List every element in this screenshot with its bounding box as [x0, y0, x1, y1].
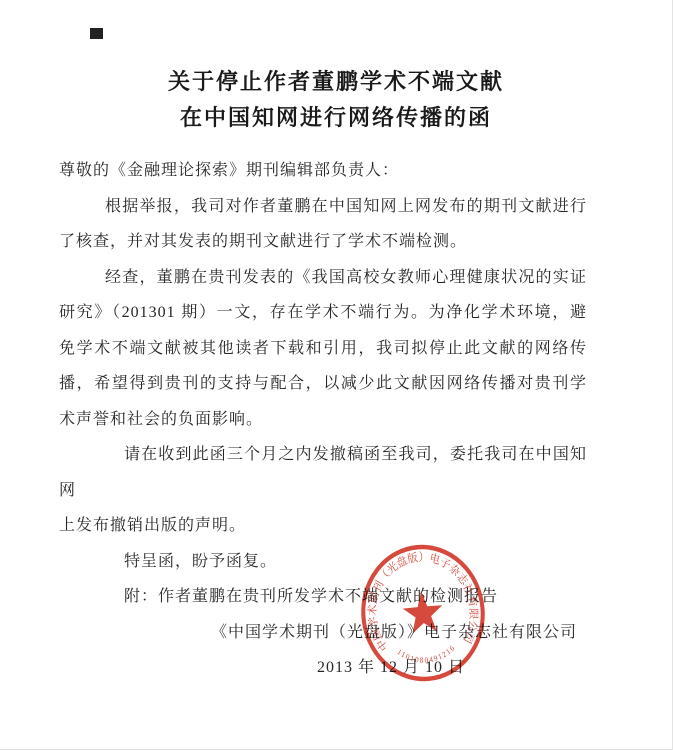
- body-line: 免学术不端文献被其他读者下载和引用，我司拟停止此文献的网络传: [59, 331, 587, 367]
- body-line: 经查，董鹏在贵刊发表的《我国高校女教师心理健康状况的实证: [59, 260, 587, 296]
- signature-date: 2013 年 12 月 10 日: [59, 650, 587, 686]
- salutation: 尊敬的《金融理论探索》期刊编辑部负责人：: [59, 153, 587, 189]
- corner-mark: [90, 28, 103, 39]
- seal-serial-number: 1101080491216: [395, 642, 458, 667]
- star-icon: [401, 589, 444, 634]
- body-line: 请在收到此函三个月之内发撤稿函至我司，委托我司在中国知网: [59, 437, 587, 508]
- official-seal: 中国学术期刊（光盘版）电子杂志社有限公司 1101080491216: [351, 535, 495, 692]
- letter-body: 尊敬的《金融理论探索》期刊编辑部负责人： 根据举报，我司对作者董鹏在中国知网上网…: [59, 153, 587, 686]
- body-line: 上发布撤销出版的声明。: [59, 508, 587, 544]
- document-title: 关于停止作者董鹏学术不端文献 在中国知网进行网络传播的函: [0, 64, 672, 136]
- title-line-1: 关于停止作者董鹏学术不端文献: [0, 64, 672, 100]
- document-page: 关于停止作者董鹏学术不端文献 在中国知网进行网络传播的函 尊敬的《金融理论探索》…: [0, 0, 672, 749]
- body-line: 特呈函，盼予函复。: [59, 544, 587, 580]
- body-line: 了核查，并对其发表的期刊文献进行了学术不端检测。: [59, 224, 587, 260]
- body-line: 播，希望得到贵刊的支持与配合，以减少此文献因网络传播对贵刊学: [59, 366, 587, 402]
- attachment-note: 附：作者董鹏在贵刊所发学术不端文献的检测报告: [59, 579, 587, 615]
- body-line: 研究》（201301 期）一文，存在学术不端行为。为净化学术环境，避: [59, 295, 587, 331]
- signature-company: 《中国学术期刊（光盘版）》电子杂志社有限公司: [59, 615, 587, 651]
- body-line: 术声誉和社会的负面影响。: [59, 402, 587, 438]
- seal-graphic: 中国学术期刊（光盘版）电子杂志社有限公司 1101080491216: [351, 535, 495, 692]
- title-line-2: 在中国知网进行网络传播的函: [0, 100, 672, 136]
- seal-serial-holder: 1101080491216: [395, 642, 458, 667]
- body-line: 根据举报，我司对作者董鹏在中国知网上网发布的期刊文献进行: [59, 189, 587, 225]
